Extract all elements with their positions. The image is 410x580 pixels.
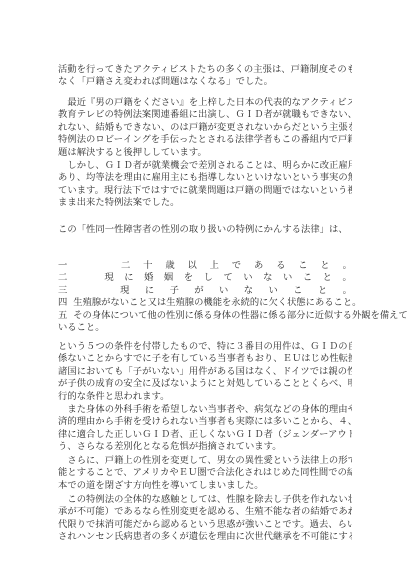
condition-number: 二 <box>58 272 67 284</box>
text-line: 最近『男の戸籍をください』を上梓した日本の代表的なアクティビストは、ＮＨＫ <box>58 97 352 109</box>
char: な <box>263 272 272 284</box>
condition-number: 一 <box>58 260 67 272</box>
paragraph-marriage: さらに、戸籍上の性別を変更して、男女の異性愛という法律上の形でのみ結婚が可 能と… <box>58 455 352 492</box>
text-line: う、さらなる差別化となる危惧が指摘されています。 <box>58 441 352 453</box>
char: に <box>124 272 133 284</box>
char: な <box>244 285 253 297</box>
text-line: しかし、ＧＩＤ者が就業機会で差別されることは、明らかに改正雇用均等法違反で <box>58 160 352 172</box>
char: て <box>223 272 232 284</box>
text-line: あり、均等法を理由に雇用主にも指導しないといけないという事実の無視を指摘され <box>58 172 352 184</box>
text-line: ています。現行法下ではすでに就業問題は戸籍の問題ではないという視点が欠如した <box>58 185 352 197</box>
char: に <box>145 285 154 297</box>
text-line: 教育テレビの特例法案関連番組に出演し、ＧＩＤ者が就職もできない、医療も受けら <box>58 109 352 121</box>
text-line: この特例法の全体的な感触としては、性腺を除去し子供を作れない状態（次世代継 <box>58 494 352 506</box>
text-line: れない、結婚もできない、のは戸籍が変更されないからだという主張を行いました。 <box>58 122 352 134</box>
char: が <box>194 285 203 297</box>
char: 上 <box>210 260 219 272</box>
char: い <box>219 285 228 297</box>
text-line: 代限りで抹消可能だから認めるという思惑が強いことです。過去、らい予防法で隔離 <box>58 519 352 531</box>
text-line: 本での道を閉ざす方向性を導いてしまいました。 <box>58 480 352 492</box>
text-line: 特例法のロビーイングを手伝ったとされる法律学者もこの番組内で戸籍が変われば問 <box>58 134 352 146</box>
char: 。 <box>343 260 352 272</box>
char: こ <box>298 260 307 272</box>
text-line: 能とすることで、アメリカやＥＵ圏で合法化されはじめた同性間での結婚ですが、日 <box>58 467 352 479</box>
char: こ <box>303 272 312 284</box>
char: 姻 <box>164 272 173 284</box>
text-line: されハンセン氏病患者の多くが遺伝を理由に次世代継承を不可能にするため性腺除去 <box>58 531 352 543</box>
text-line: 済的理由から手術を受けられない当事者も実際には多いことから、４、５の用件は法 <box>58 416 352 428</box>
paragraph-nhk-program: 最近『男の戸籍をください』を上梓した日本の代表的なアクティビストは、ＮＨＫ 教育… <box>58 97 352 159</box>
char: 現 <box>120 285 129 297</box>
condition-number: 三 <box>58 285 67 297</box>
condition-item-3: 三 現 に 子 が い な い こ と 。 <box>58 285 352 297</box>
char: 歳 <box>165 260 174 272</box>
text-line: また身体の外科手術を希望しない当事者や、病気などの身体的理由や貧困などの経 <box>58 404 352 416</box>
char: 現 <box>104 272 113 284</box>
text-line: という５つの条件を付帯したもので、特に３番目の用件は、ＧＩＤの自覚が年代に関 <box>58 341 352 353</box>
condition-text: いること。 <box>58 322 105 333</box>
char: い <box>268 285 277 297</box>
char: い <box>283 272 292 284</box>
text-line: 活動を行ってきたアクティビストたちの多くの主張は、戸籍制度そのものの廃止では <box>58 64 352 76</box>
text-line: が子供の成育の安全に及ばないようにと対処していることとくらべ、明らかに時代逆 <box>58 378 352 390</box>
text-line: この「性同一性障害者の性別の取り扱いの特例にかんする法律」は、 <box>58 224 352 236</box>
paragraph-activist-claims: 活動を行ってきたアクティビストたちの多くの主張は、戸籍制度そのものの廃止では な… <box>58 64 352 89</box>
char: と <box>323 272 332 284</box>
text-line: なく「戸籍さえ変われば問題はなくなる」でした。 <box>58 76 352 88</box>
paragraph-law-intro: この「性同一性障害者の性別の取り扱いの特例にかんする法律」は、 <box>58 224 352 236</box>
char: 二 <box>121 260 130 272</box>
paragraph-employment-discrimination: しかし、ＧＩＤ者が就業機会で差別されることは、明らかに改正雇用均等法違反で あり… <box>58 160 352 210</box>
text-line: 諸国においても「子がいない」用件がある国はなく、ドイツでは親の性別変更の影響 <box>58 366 352 378</box>
condition-item-5: 五 その身体について他の性別に係る身体の性器に係る部分に近似する外観を備えて <box>58 310 352 322</box>
condition-number: 五 <box>58 310 67 321</box>
condition-item-1: 一 二 十 歳 以 上 で あ る こ と 。 <box>58 260 352 272</box>
char: と <box>318 285 327 297</box>
char: 以 <box>187 260 196 272</box>
char: あ <box>254 260 263 272</box>
char: 。 <box>343 272 352 284</box>
char: し <box>204 272 213 284</box>
char: と <box>320 260 329 272</box>
text-line: 律に適合した正しいＧＩＤ者、正しくないＧＩＤ者（ジェンダーアウトロー化）とい <box>58 429 352 441</box>
text-line: 承が不可能）であるなら性別変更を認める、生殖不能な者の結婚であれば、当事者一 <box>58 506 352 518</box>
text-line: さらに、戸籍上の性別を変更して、男女の異性愛という法律上の形でのみ結婚が可 <box>58 455 352 467</box>
conditions-list: 一 二 十 歳 以 上 で あ る こ と 。 二 現 に 婚 <box>58 260 352 334</box>
condition-item-4: 四 生殖腺がないこと又は生殖腺の機能を永続的に欠く状態にあること。 <box>58 297 352 309</box>
paragraph-overall-impression: この特例法の全体的な感触としては、性腺を除去し子供を作れない状態（次世代継 承が… <box>58 494 352 544</box>
text-line: まま出来た特例法案でした。 <box>58 197 352 209</box>
condition-text: 生殖腺がないこと又は生殖腺の機能を永続的に欠く状態にあること。 <box>73 297 361 308</box>
char: 。 <box>343 285 352 297</box>
condition-item-2: 二 現 に 婚 姻 を し て い な い こ と 。 <box>58 272 352 284</box>
char: 十 <box>143 260 152 272</box>
document-page: 活動を行ってきたアクティビストたちの多くの主張は、戸籍制度そのものの廃止では な… <box>0 0 410 580</box>
char: い <box>243 272 252 284</box>
text-line: 題は解決すると後押ししています。 <box>58 147 352 159</box>
text-line: 係ないことからすでに子を有している当事者もおり、ＥＵはじめ性転換法を持つ先進 <box>58 353 352 365</box>
condition-text: その身体について他の性別に係る身体の性器に係る部分に近似する外観を備えて <box>73 310 408 321</box>
condition-number: 四 <box>58 297 67 308</box>
char: 婚 <box>144 272 153 284</box>
condition-item-5-continuation: いること。 <box>58 322 352 334</box>
paragraph-surgery: また身体の外科手術を希望しない当事者や、病気などの身体的理由や貧困などの経 済的… <box>58 404 352 454</box>
char: 子 <box>170 285 179 297</box>
char: を <box>184 272 193 284</box>
char: る <box>276 260 285 272</box>
paragraph-five-conditions: という５つの条件を付帯したもので、特に３番目の用件は、ＧＩＤの自覚が年代に関 係… <box>58 341 352 403</box>
text-line: 行的な条件と思われます。 <box>58 391 352 403</box>
char: こ <box>293 285 302 297</box>
char: で <box>232 260 241 272</box>
